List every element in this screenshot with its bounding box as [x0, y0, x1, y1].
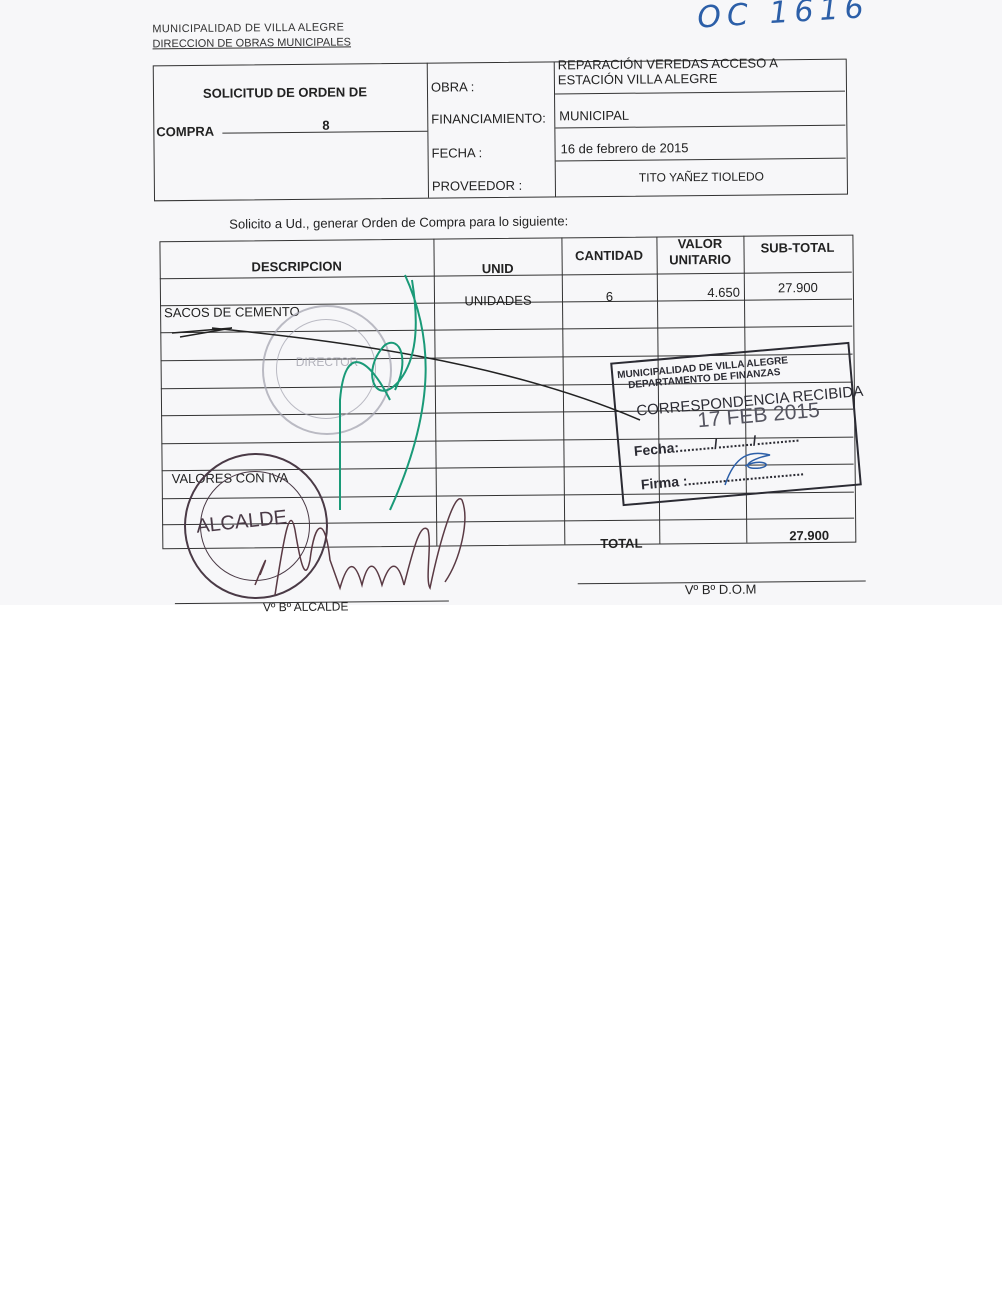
signatures-ink [0, 0, 1002, 605]
scanned-page: MUNICIPALIDAD DE VILLA ALEGRE DIRECCION … [0, 0, 1002, 605]
